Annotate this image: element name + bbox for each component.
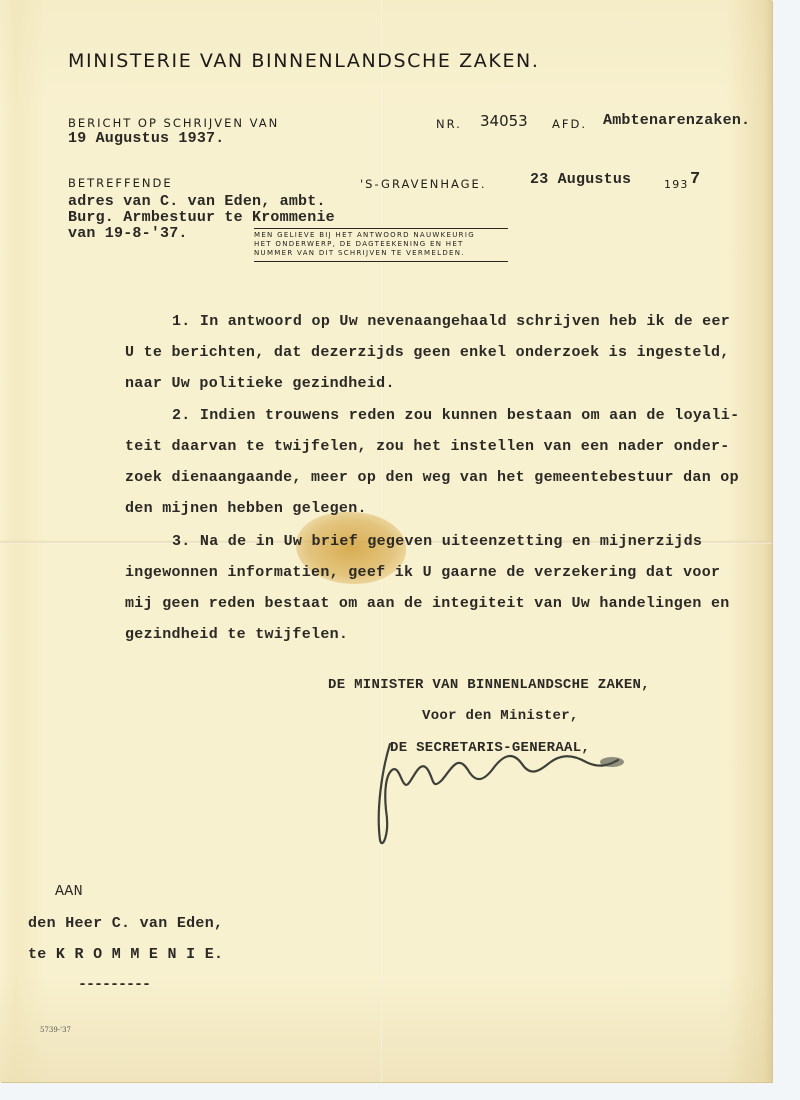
paragraph-2-line-4: den mijnen hebben gelegen. [125, 500, 367, 517]
paragraph-2-line-1: 2. Indien trouwens reden zou kunnen best… [172, 407, 739, 424]
paragraph-3-line-3: mij geen reden bestaat om aan de integit… [125, 595, 730, 612]
letter-year-prefix: 193 [664, 178, 689, 191]
addressee-rule: --------- [78, 976, 150, 993]
paragraph-3-line-4: gezindheid te twijfelen. [125, 626, 348, 643]
addressee-name: den Heer C. van Eden, [28, 915, 223, 932]
subject-label: BETREFFENDE [68, 176, 173, 190]
letter-date: 23 Augustus [530, 171, 631, 188]
print-reference: 5739-'37 [40, 1026, 71, 1034]
afd-label: AFD. [552, 117, 587, 131]
letterhead-title: MINISTERIE VAN BINNENLANDSCHE ZAKEN. [68, 50, 540, 72]
nr-label: NR. [436, 117, 462, 131]
paragraph-3-line-2: ingewonnen informatien, geef ik U gaarne… [125, 564, 720, 581]
addressee-place: te K R O M M E N I E. [28, 946, 223, 963]
paragraph-1-line-3: naar Uw politieke gezindheid. [125, 375, 395, 392]
reply-date: 19 Augustus 1937. [68, 130, 224, 147]
paragraph-1-line-2: U te berichten, dat dezerzijds geen enke… [125, 344, 730, 361]
subject-line-3: van 19-8-'37. [68, 226, 188, 242]
handwritten-signature-icon [372, 740, 632, 850]
letter-year-suffix: 7 [690, 170, 700, 189]
paragraph-1-line-1: 1. In antwoord op Uw nevenaangehaald sch… [172, 313, 730, 330]
addressee-aan: AAN [55, 883, 83, 900]
letter-page: MINISTERIE VAN BINNENLANDSCHE ZAKEN. BER… [0, 0, 772, 1082]
paragraph-2-line-2: teit daarvan te twijfelen, zou het inste… [125, 438, 730, 455]
reply-instructions-box: MEN GELIEVE BIJ HET ANTWOORD NAUWKEURIG … [254, 228, 508, 262]
nr-value: 34053 [480, 112, 528, 130]
afd-value: Ambtenarenzaken. [603, 112, 750, 129]
place-label: 'S-GRAVENHAGE. [360, 177, 486, 191]
subject-line-1: adres van C. van Eden, ambt. [68, 194, 326, 210]
signature-line-minister: DE MINISTER VAN BINNENLANDSCHE ZAKEN, [328, 677, 650, 693]
paragraph-2-line-3: zoek dienaangaande, meer op den weg van … [125, 469, 739, 486]
notice-line-3: NUMMER VAN DIT SCHRIJVEN TE VERMELDEN. [254, 249, 508, 258]
notice-line-2: HET ONDERWERP, DE DAGTEEKENING EN HET [254, 240, 508, 249]
reply-label: BERICHT OP SCHRIJVEN VAN [68, 116, 279, 130]
subject-line-2: Burg. Armbestuur te Krommenie [68, 210, 335, 226]
paragraph-3-line-1: 3. Na de in Uw brief gegeven uiteenzetti… [172, 533, 702, 550]
signature-line-voor: Voor den Minister, [422, 708, 579, 724]
notice-line-1: MEN GELIEVE BIJ HET ANTWOORD NAUWKEURIG [254, 231, 508, 240]
